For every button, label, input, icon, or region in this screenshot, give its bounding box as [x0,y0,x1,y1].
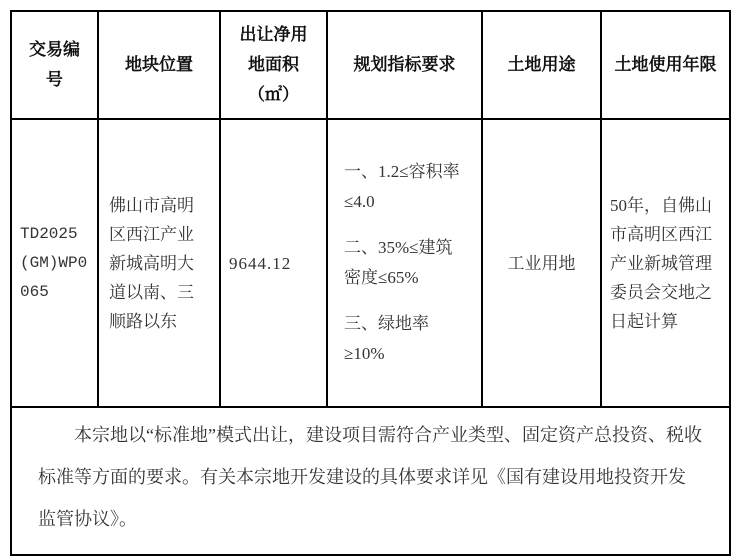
header-transaction-id: 交易编号 [11,11,98,119]
cell-net-area: 9644.12 [220,119,327,407]
header-planning: 规划指标要求 [327,11,482,119]
header-net-area: 出让净用地面积（㎡） [220,11,327,119]
note-paragraph: 本宗地以“标准地”模式出让，建设项目需符合产业类型、固定资产总投资、税收标准等方… [38,414,703,540]
planning-item: 二、35%≤建筑密度≤65% [344,233,461,293]
planning-item: 一、1.2≤容积率≤4.0 [344,157,461,217]
cell-land-use: 工业用地 [482,119,601,407]
table-body: TD2025(GM)WP0065 佛山市高明区西江产业新城高明大道以南、三顺路以… [11,119,730,555]
header-location: 地块位置 [98,11,220,119]
planning-item: 三、绿地率≥10% [344,309,461,369]
land-transaction-table: 交易编号 地块位置 出让净用地面积（㎡） 规划指标要求 土地用途 土地使用年限 … [10,10,731,556]
table-header: 交易编号 地块位置 出让净用地面积（㎡） 规划指标要求 土地用途 土地使用年限 [11,11,730,119]
header-land-use: 土地用途 [482,11,601,119]
note-row: 本宗地以“标准地”模式出让，建设项目需符合产业类型、固定资产总投资、税收标准等方… [11,407,730,555]
cell-tenure: 50年，自佛山市高明区西江产业新城管理委员会交地之日起计算 [601,119,730,407]
cell-planning-requirements: 一、1.2≤容积率≤4.0二、35%≤建筑密度≤65%三、绿地率≥10% [327,119,482,407]
cell-note: 本宗地以“标准地”模式出让，建设项目需符合产业类型、固定资产总投资、税收标准等方… [11,407,730,555]
header-tenure: 土地使用年限 [601,11,730,119]
cell-transaction-id: TD2025(GM)WP0065 [11,119,98,407]
cell-location: 佛山市高明区西江产业新城高明大道以南、三顺路以东 [98,119,220,407]
header-row: 交易编号 地块位置 出让净用地面积（㎡） 规划指标要求 土地用途 土地使用年限 [11,11,730,119]
table-row: TD2025(GM)WP0065 佛山市高明区西江产业新城高明大道以南、三顺路以… [11,119,730,407]
